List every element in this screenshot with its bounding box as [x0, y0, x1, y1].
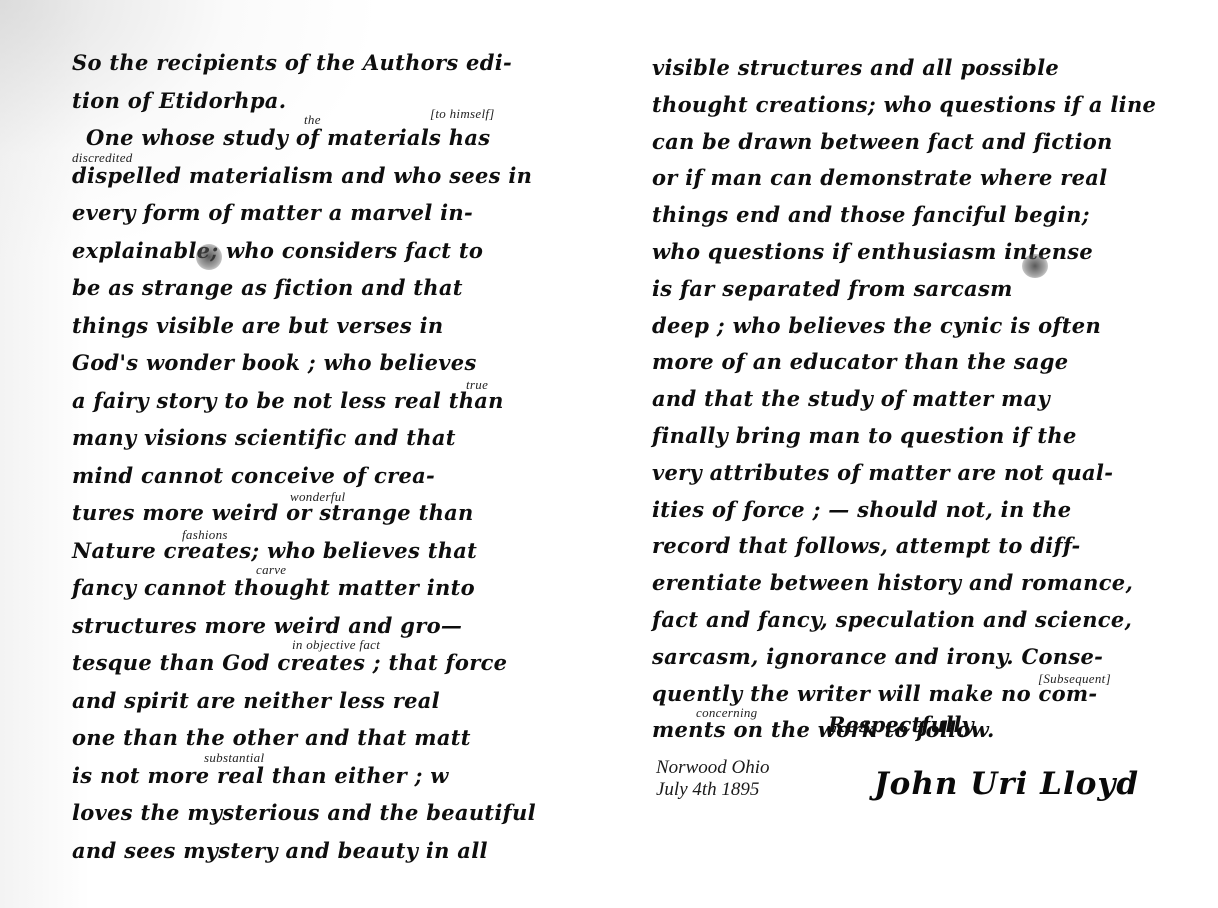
ink-blot: [1022, 254, 1048, 278]
line-text: can be drawn between fact and fiction: [652, 129, 1113, 154]
line-text: more of an educator than the sage: [652, 349, 1068, 374]
text-line: deep ; who believes the cynic is often: [652, 308, 1152, 345]
text-line: in objective fact tesque than God create…: [72, 644, 572, 682]
line-text: thought creations; who questions if a li…: [652, 92, 1156, 117]
text-line: be as strange as fiction and that: [72, 269, 572, 307]
line-text: things visible are but verses in: [72, 313, 443, 338]
insertion-note: wonderful: [290, 490, 345, 503]
closing-salutation: Respectfully: [828, 712, 974, 737]
line-text: and sees mystery and beauty in all: [72, 838, 488, 863]
line-text: tesque than God creates ; that force: [72, 650, 507, 675]
text-line: every form of matter a marvel in-: [72, 194, 572, 232]
text-line: substantial is not more real than either…: [72, 757, 572, 795]
line-text: God's wonder book ; who believes: [72, 350, 477, 375]
text-line: things end and those fanciful begin;: [652, 197, 1152, 234]
text-line: and that the study of matter may: [652, 381, 1152, 418]
line-text: things end and those fanciful begin;: [652, 202, 1090, 227]
text-line: the [to himself] One whose study of mate…: [72, 119, 572, 157]
line-text: Nature creates; who believes that: [72, 538, 477, 563]
text-line: So the recipients of the Authors edi-: [72, 44, 572, 82]
insertion-note: concerning: [696, 706, 757, 719]
left-page: So the recipients of the Authors edi- ti…: [72, 44, 572, 869]
text-line: things visible are but verses in: [72, 307, 572, 345]
insertion-note: fashions: [182, 528, 228, 541]
place-and-date: Norwood Ohio July 4th 1895: [656, 757, 770, 801]
text-line: is far separated from sarcasm: [652, 271, 1152, 308]
line-text: quently the writer will make no com-: [652, 681, 1097, 706]
text-line: and sees mystery and beauty in all: [72, 832, 572, 870]
insertion-note: true: [466, 378, 488, 391]
text-line: and spirit are neither less real: [72, 682, 572, 720]
text-line: explainable; who considers fact to: [72, 232, 572, 270]
line-text: be as strange as fiction and that: [72, 275, 463, 300]
text-line: or if man can demonstrate where real: [652, 160, 1152, 197]
line-text: very attributes of matter are not qual-: [652, 460, 1113, 485]
line-text: structures more weird and gro—: [72, 613, 462, 638]
text-line: many visions scientific and that: [72, 419, 572, 457]
place: Norwood Ohio: [656, 757, 770, 779]
line-text: So the recipients of the Authors edi-: [72, 50, 512, 75]
text-line: loves the mysterious and the beautiful: [72, 794, 572, 832]
insertion-note: [Subsequent]: [1038, 672, 1111, 685]
line-text: many visions scientific and that: [72, 425, 456, 450]
text-line: who questions if enthusiasm intense: [652, 234, 1152, 271]
line-text: and that the study of matter may: [652, 386, 1050, 411]
text-line: God's wonder book ; who believes: [72, 344, 572, 382]
insertion-note: carve: [256, 563, 286, 576]
line-text: visible structures and all possible: [652, 55, 1059, 80]
text-line: discredited dispelled materialism and wh…: [72, 157, 572, 195]
text-line: erentiate between history and romance,: [652, 565, 1152, 602]
text-line: record that follows, attempt to diff-: [652, 528, 1152, 565]
text-line: can be drawn between fact and fiction: [652, 124, 1152, 161]
line-text: one than the other and that matt: [72, 725, 471, 750]
text-line: fashions Nature creates; who believes th…: [72, 532, 572, 570]
text-line: finally bring man to question if the: [652, 418, 1152, 455]
line-text: fancy cannot thought matter into: [72, 575, 475, 600]
line-text: tion of Etidorhpa.: [72, 88, 286, 113]
line-text: loves the mysterious and the beautiful: [72, 800, 536, 825]
text-line: true a fairy story to be not less real t…: [72, 382, 572, 420]
line-text: every form of matter a marvel in-: [72, 200, 473, 225]
line-text: and spirit are neither less real: [72, 688, 440, 713]
line-text: fact and fancy, speculation and science,: [652, 607, 1132, 632]
line-text: is not more real than either ; w: [72, 763, 449, 788]
text-line: wonderful tures more weird or strange th…: [72, 494, 572, 532]
insertion-note: discredited: [72, 151, 133, 164]
insertion-note: substantial: [204, 751, 264, 764]
line-text: is far separated from sarcasm: [652, 276, 1013, 301]
text-line: more of an educator than the sage: [652, 344, 1152, 381]
line-text: tures more weird or strange than: [72, 500, 474, 525]
line-text: mind cannot conceive of crea-: [72, 463, 435, 488]
right-page: visible structures and all possible thou…: [652, 50, 1152, 749]
line-text: deep ; who believes the cynic is often: [652, 313, 1101, 338]
insertion-note: in objective fact: [292, 638, 380, 651]
line-text: explainable; who considers fact to: [72, 238, 483, 263]
text-line: carve fancy cannot thought matter into: [72, 569, 572, 607]
line-text: erentiate between history and romance,: [652, 570, 1133, 595]
text-line: fact and fancy, speculation and science,: [652, 602, 1152, 639]
line-text: sarcasm, ignorance and irony. Conse-: [652, 644, 1103, 669]
line-text: One whose study of materials has: [72, 125, 490, 150]
line-text: ities of force ; — should not, in the: [652, 497, 1071, 522]
text-line: ities of force ; — should not, in the: [652, 492, 1152, 529]
text-line: very attributes of matter are not qual-: [652, 455, 1152, 492]
line-text: a fairy story to be not less real than: [72, 388, 504, 413]
ink-blot: [196, 244, 222, 270]
line-text: dispelled materialism and who sees in: [72, 163, 532, 188]
insertion-note: the: [304, 113, 321, 126]
signature: John Uri Lloyd: [874, 766, 1139, 802]
line-text: or if man can demonstrate where real: [652, 165, 1107, 190]
text-line: one than the other and that matt: [72, 719, 572, 757]
date: July 4th 1895: [656, 779, 770, 801]
line-text: finally bring man to question if the: [652, 423, 1077, 448]
insertion-note: [to himself]: [430, 107, 495, 120]
line-text: record that follows, attempt to diff-: [652, 533, 1081, 558]
text-line: tion of Etidorhpa.: [72, 82, 572, 120]
text-line: visible structures and all possible: [652, 50, 1152, 87]
text-line: thought creations; who questions if a li…: [652, 87, 1152, 124]
